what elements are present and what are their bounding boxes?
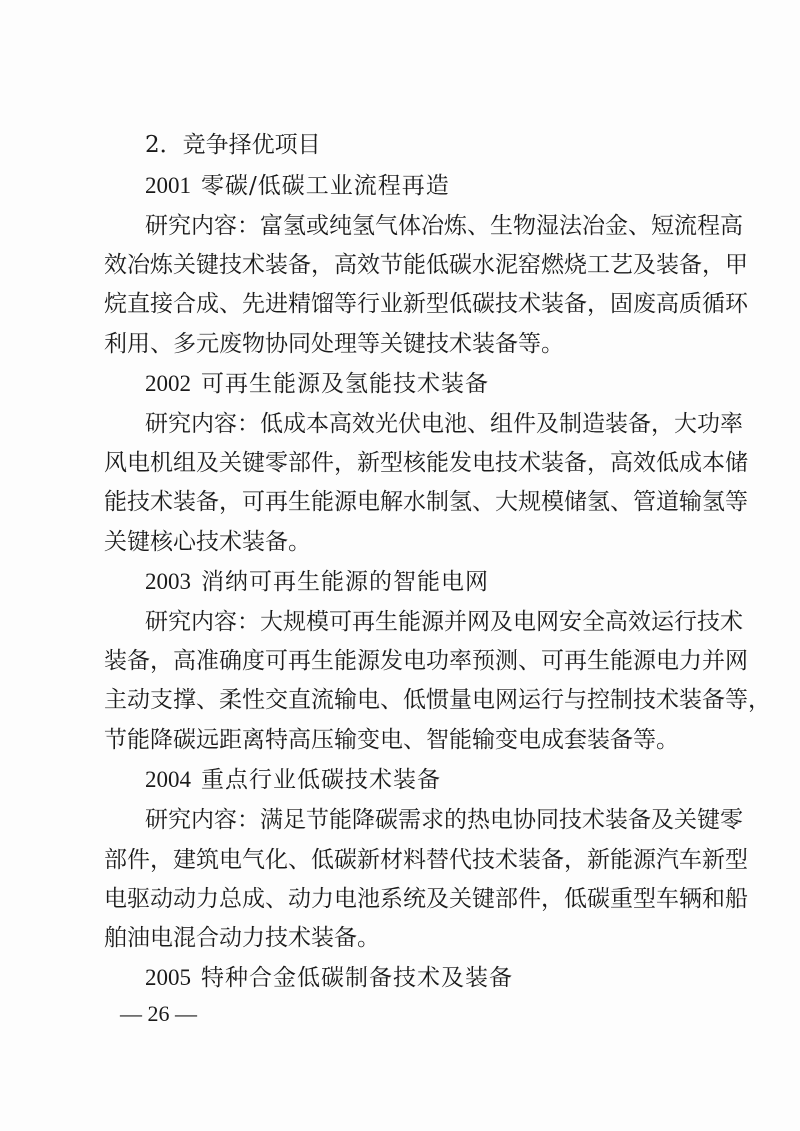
section-heading-text: 2．竞争择优项目 xyxy=(145,132,321,158)
item-code: 2004 xyxy=(145,767,191,792)
paragraph-line: 研究内容：大规模可再生能源并网及电网安全高效运行技术 xyxy=(145,607,696,637)
item-heading-2003: 2003消纳可再生能源的智能电网 xyxy=(145,567,489,597)
paragraph-line: 装备，高准确度可再生能源发电功率预测、可再生能源电力并网 xyxy=(104,646,696,676)
document-page: 2．竞争择优项目 2001零碳/低碳工业流程再造 研究内容：富氢或纯氢气体冶炼、… xyxy=(0,0,800,1131)
page-number: — 26 — xyxy=(120,1000,197,1028)
item-heading-2001: 2001零碳/低碳工业流程再造 xyxy=(145,171,450,201)
item-heading-2005: 2005特种合金低碳制备技术及装备 xyxy=(145,963,513,993)
item-title: 消纳可再生能源的智能电网 xyxy=(201,569,489,595)
paragraph-line: 部件，建筑电气化、低碳新材料替代技术装备，新能源汽车新型 xyxy=(104,845,696,875)
paragraph-line: 风电机组及关键零部件，新型核能发电技术装备，高效低成本储 xyxy=(104,448,696,478)
paragraph-line: 研究内容：低成本高效光伏电池、组件及制造装备，大功率 xyxy=(145,409,696,439)
item-heading-2002: 2002可再生能源及氢能技术装备 xyxy=(145,369,489,399)
item-title: 零碳/低碳工业流程再造 xyxy=(201,173,450,199)
paragraph-line: 节能降碳远距离特高压输变电、智能输变电成套装备等。 xyxy=(104,725,696,755)
item-heading-2004: 2004重点行业低碳技术装备 xyxy=(145,765,441,795)
paragraph-line: 效冶炼关键技术装备，高效节能低碳水泥窑燃烧工艺及装备，甲 xyxy=(104,250,696,280)
item-title: 可再生能源及氢能技术装备 xyxy=(201,371,489,397)
item-title: 特种合金低碳制备技术及装备 xyxy=(201,965,513,991)
item-title: 重点行业低碳技术装备 xyxy=(201,767,441,793)
paragraph-line: 研究内容：满足节能降碳需求的热电协同技术装备及关键零 xyxy=(145,805,696,835)
paragraph-line: 主动支撑、柔性交直流输电、低惯量电网运行与控制技术装备等， xyxy=(104,685,696,715)
paragraph-line: 舶油电混合动力技术装备。 xyxy=(104,923,696,953)
paragraph-line: 研究内容：富氢或纯氢气体冶炼、生物湿法冶金、短流程高 xyxy=(145,211,696,241)
item-code: 2002 xyxy=(145,371,191,396)
section-heading: 2．竞争择优项目 xyxy=(145,130,321,160)
paragraph-line: 电驱动动力总成、动力电池系统及关键部件，低碳重型车辆和船 xyxy=(104,884,696,914)
paragraph-line: 烷直接合成、先进精馏等行业新型低碳技术装备，固废高质循环 xyxy=(104,289,696,319)
paragraph-line: 利用、多元废物协同处理等关键技术装备等。 xyxy=(104,329,696,359)
item-code: 2005 xyxy=(145,965,191,990)
paragraph-line: 能技术装备，可再生能源电解水制氢、大规模储氢、管道输氢等 xyxy=(104,487,696,517)
paragraph-line: 关键核心技术装备。 xyxy=(104,527,696,557)
item-code: 2003 xyxy=(145,569,191,594)
item-code: 2001 xyxy=(145,173,191,198)
